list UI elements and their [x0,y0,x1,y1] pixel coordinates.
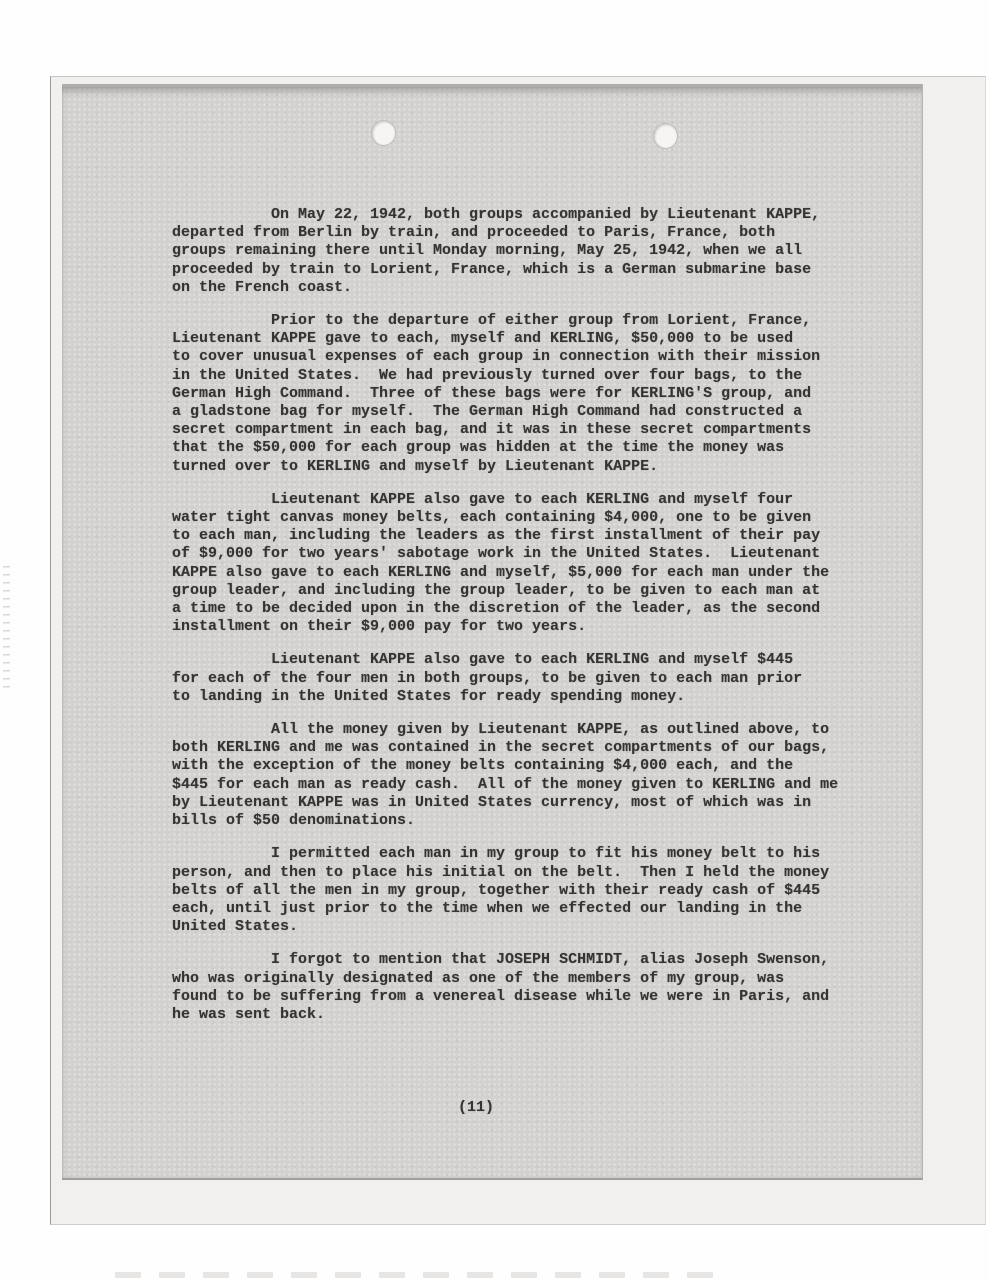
scan-edge-shading [62,87,922,96]
paragraph: I forgot to mention that JOSEPH SCHMIDT,… [172,951,872,1024]
document-page: On May 22, 1942, both groups accompanied… [62,84,923,1180]
margin-scribble-marks [3,566,10,694]
document-body: On May 22, 1942, both groups accompanied… [172,206,872,1039]
paragraph: On May 22, 1942, both groups accompanied… [172,206,872,297]
paragraph: I permitted each man in my group to fit … [172,845,872,936]
paragraph: Lieutenant KAPPE also gave to each KERLI… [172,651,872,706]
paragraph: All the money given by Lieutenant KAPPE,… [172,721,872,830]
punch-hole-right-icon [654,124,677,148]
scanned-page: On May 22, 1942, both groups accompanied… [0,0,989,1280]
paragraph: Lieutenant KAPPE also gave to each KERLI… [172,491,872,637]
scan-artifact-bottom [115,1272,715,1278]
punch-hole-left-icon [372,121,395,145]
page-number: (11) [458,1099,494,1116]
paragraph: Prior to the departure of either group f… [172,312,872,476]
